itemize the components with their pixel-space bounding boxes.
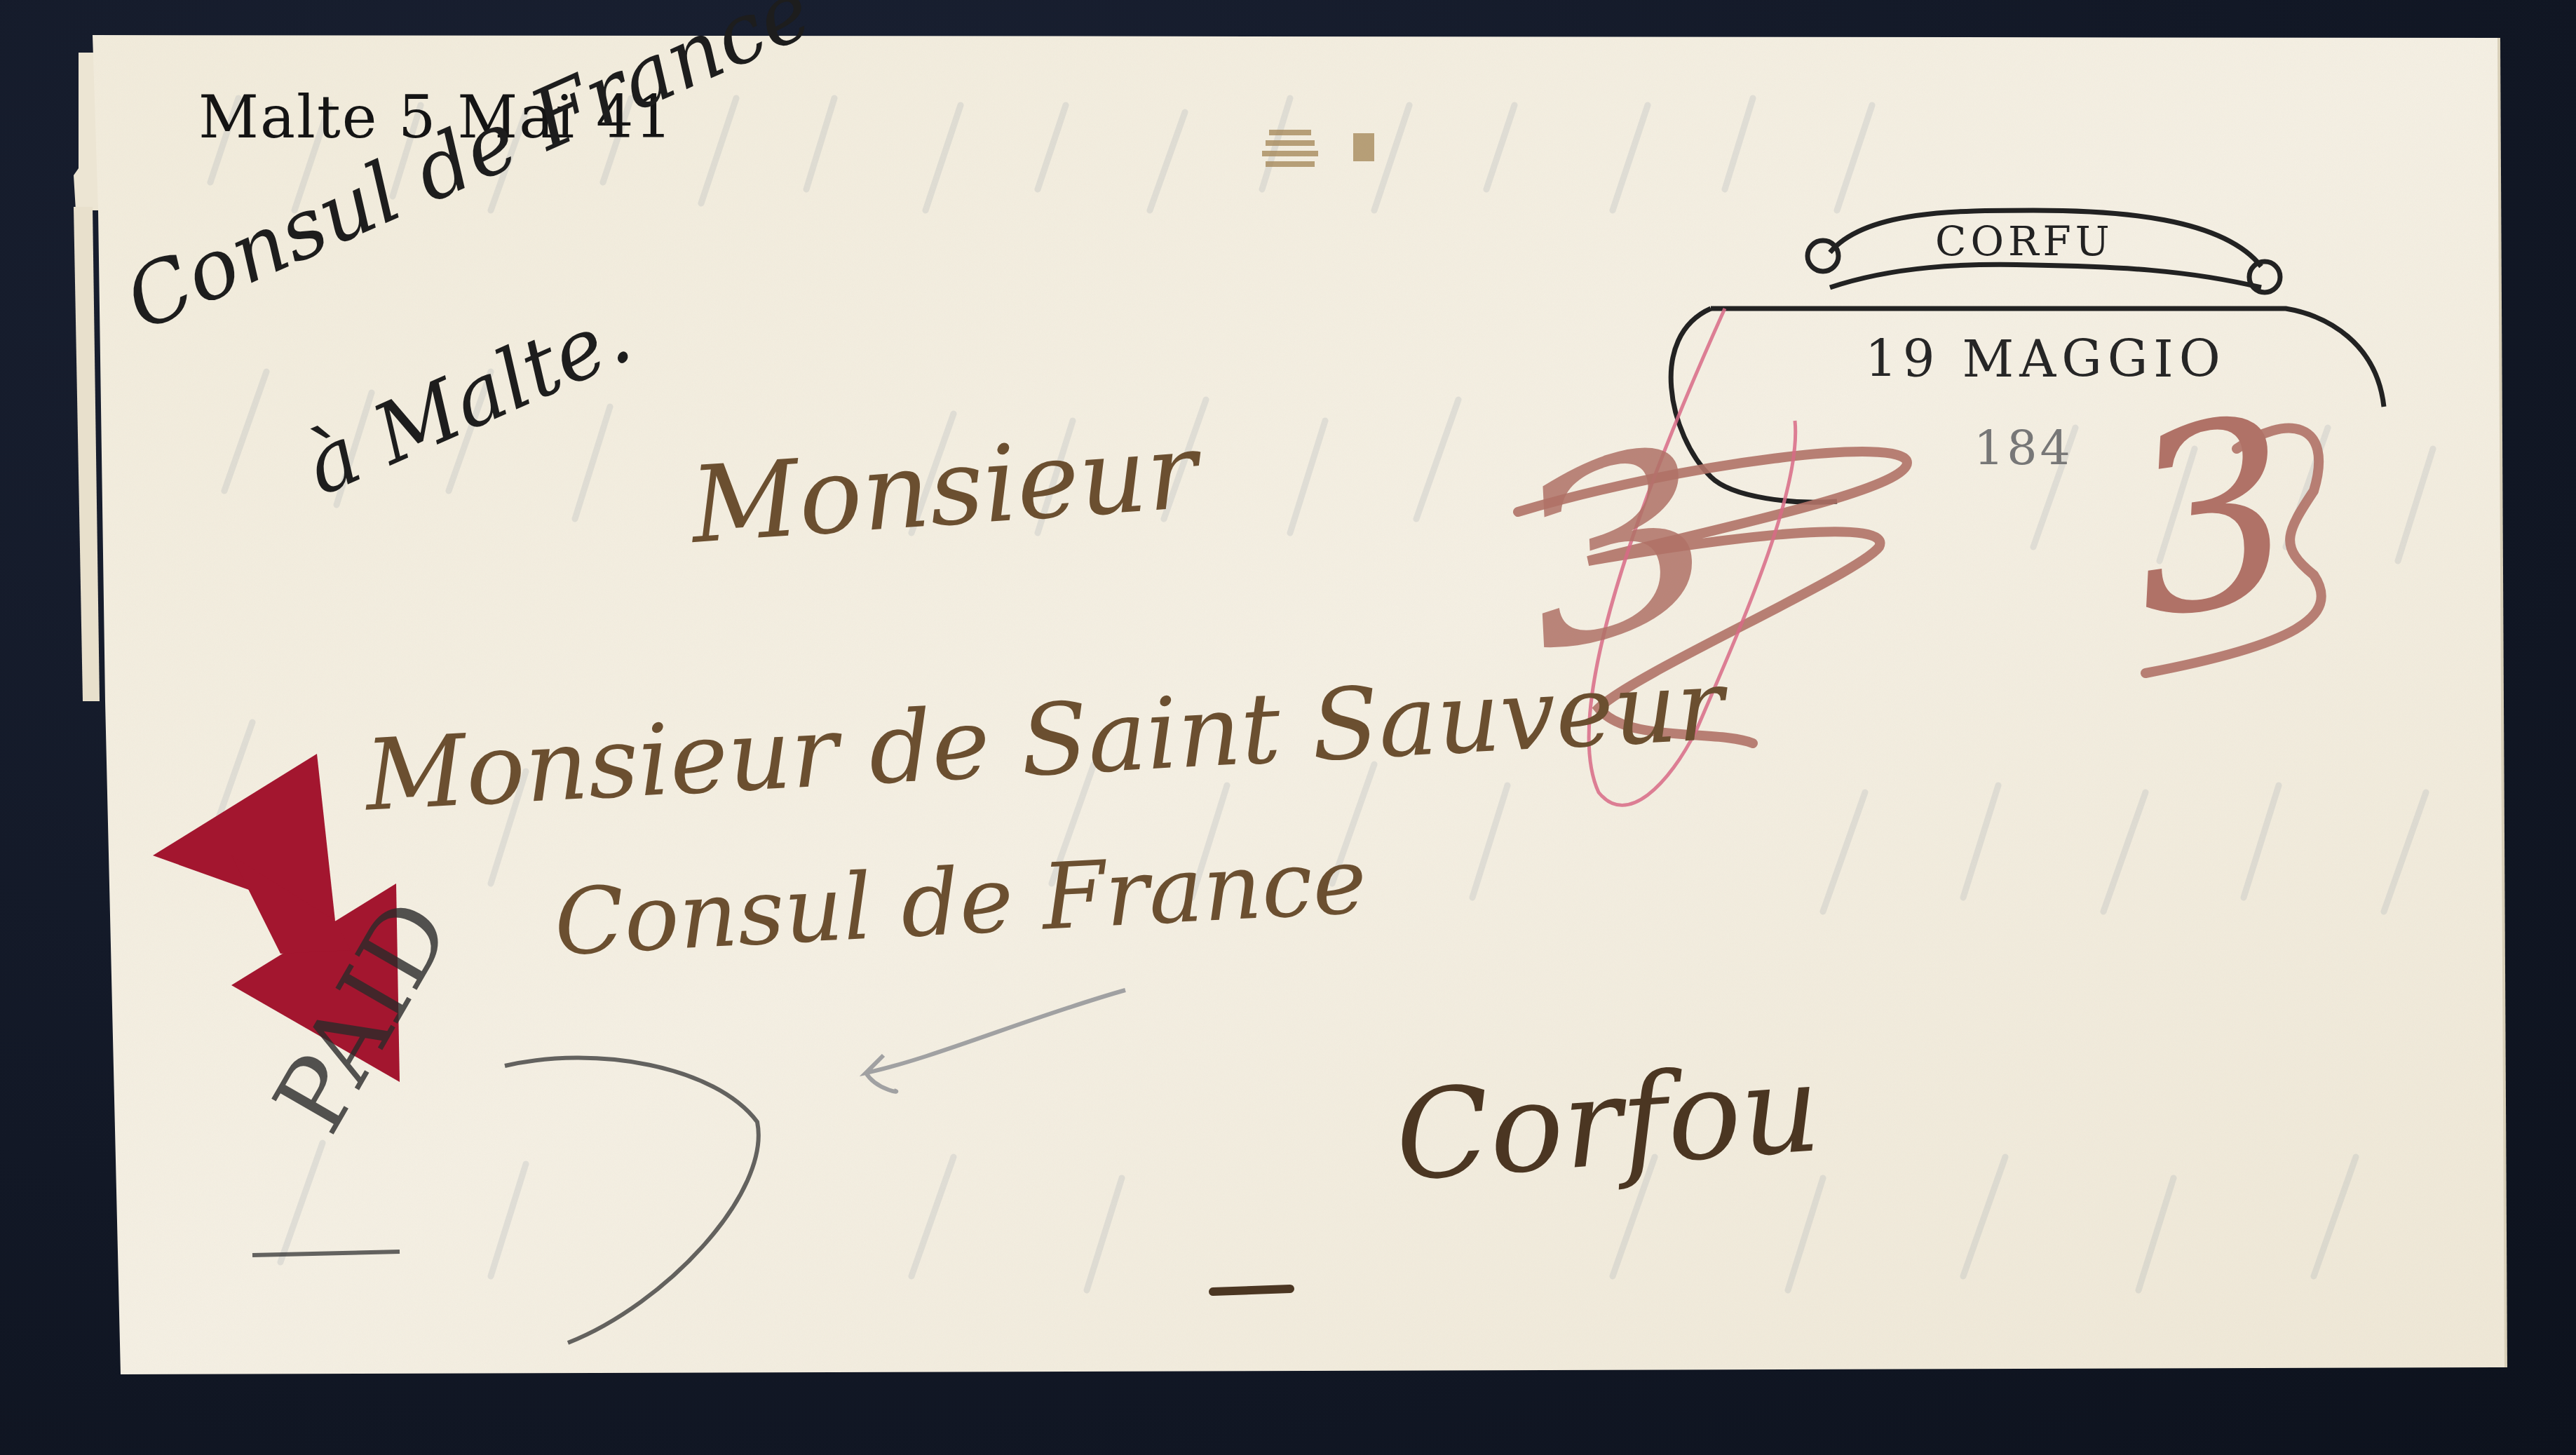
postmark-town: CORFU xyxy=(1935,217,2114,265)
postmark-year: 184 xyxy=(1974,421,2073,476)
address-line-destination: Corfou xyxy=(1391,1037,1824,1209)
ink-dash xyxy=(1213,1289,1290,1292)
